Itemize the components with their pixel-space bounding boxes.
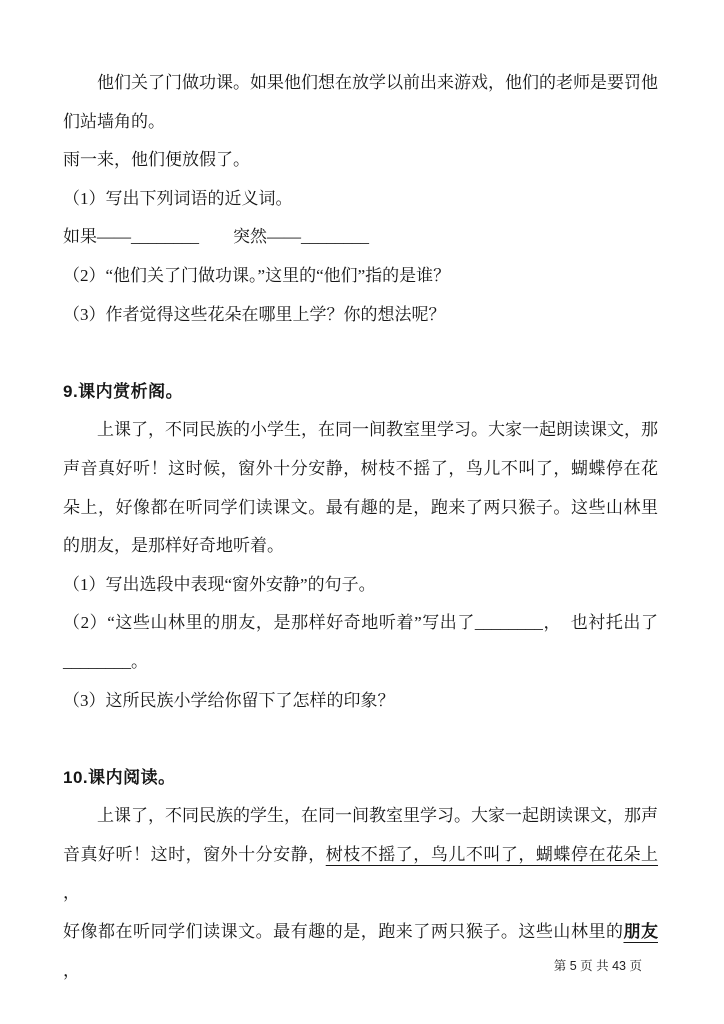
paragraph-line: 们站墙角的。 — [63, 103, 658, 142]
underlined-phrase: 树枝不摇了，鸟儿不叫了，蝴蝶停在花朵上 — [326, 845, 658, 864]
question-line-1: （1）写出选段中表现“窗外安静”的句子。 — [63, 566, 658, 605]
passage-text: 音真好听！这时，窗外十分安静， — [63, 845, 326, 864]
bold-underlined-word: 朋友 — [623, 922, 658, 941]
passage-line: 好像都在听同学们读课文。最有趣的是，跑来了两只猴子。这些山林里的朋友 ， — [63, 913, 658, 990]
document-body: 他们关了门做功课。如果他们想在放学以前出来游戏，他们的老师是要罚他 们站墙角的。… — [63, 64, 658, 990]
paragraph-line: 雨一来，他们便放假了。 — [63, 141, 658, 180]
section-9-heading: 9.课内赏析阁。 — [63, 373, 658, 412]
document-page: 他们关了门做功课。如果他们想在放学以前出来游戏，他们的老师是要罚他 们站墙角的。… — [0, 0, 724, 1024]
question-line-2: （2）“他们关了门做功课。”这里的“他们”指的是谁？ — [63, 257, 658, 296]
passage-line: 上课了，不同民族的小学生，在同一间教室里学习。大家一起朗读课文，那 — [63, 411, 658, 450]
question-line-3: （3）这所民族小学给你留下了怎样的印象？ — [63, 682, 658, 721]
question-line-3: （3）作者觉得这些花朵在哪里上学？你的想法呢？ — [63, 296, 658, 335]
question-line-2: （2）“这些山林里的朋友，是那样好奇地听着”写出了________， 也衬托出了 — [63, 604, 658, 643]
blank-line — [63, 720, 658, 759]
fill-in-blank-line: ________。 — [63, 643, 658, 682]
passage-line: 上课了，不同民族的学生，在同一间教室里学习。大家一起朗读课文，那声 — [63, 797, 658, 836]
page-number-footer: 第 5 页 共 43 页 — [554, 958, 642, 974]
fill-in-blanks-line: 如果——________ 突然——________ — [63, 218, 658, 257]
blank-line — [63, 334, 658, 373]
passage-line: 的朋友，是那样好奇地听着。 — [63, 527, 658, 566]
passage-line: 声音真好听！这时候，窗外十分安静，树枝不摇了，鸟儿不叫了，蝴蝶停在花 — [63, 450, 658, 489]
section-10-heading: 10.课内阅读。 — [63, 759, 658, 798]
passage-text: 好像都在听同学们读课文。最有趣的是，跑来了两只猴子。这些山林里的 — [63, 922, 623, 941]
passage-line: 音真好听！这时，窗外十分安静，树枝不摇了，鸟儿不叫了，蝴蝶停在花朵上 ， — [63, 836, 658, 913]
question-line-1: （1）写出下列词语的近义词。 — [63, 180, 658, 219]
paragraph-line: 他们关了门做功课。如果他们想在放学以前出来游戏，他们的老师是要罚他 — [63, 64, 658, 103]
passage-line: 朵上，好像都在听同学们读课文。最有趣的是，跑来了两只猴子。这些山林里 — [63, 489, 658, 528]
